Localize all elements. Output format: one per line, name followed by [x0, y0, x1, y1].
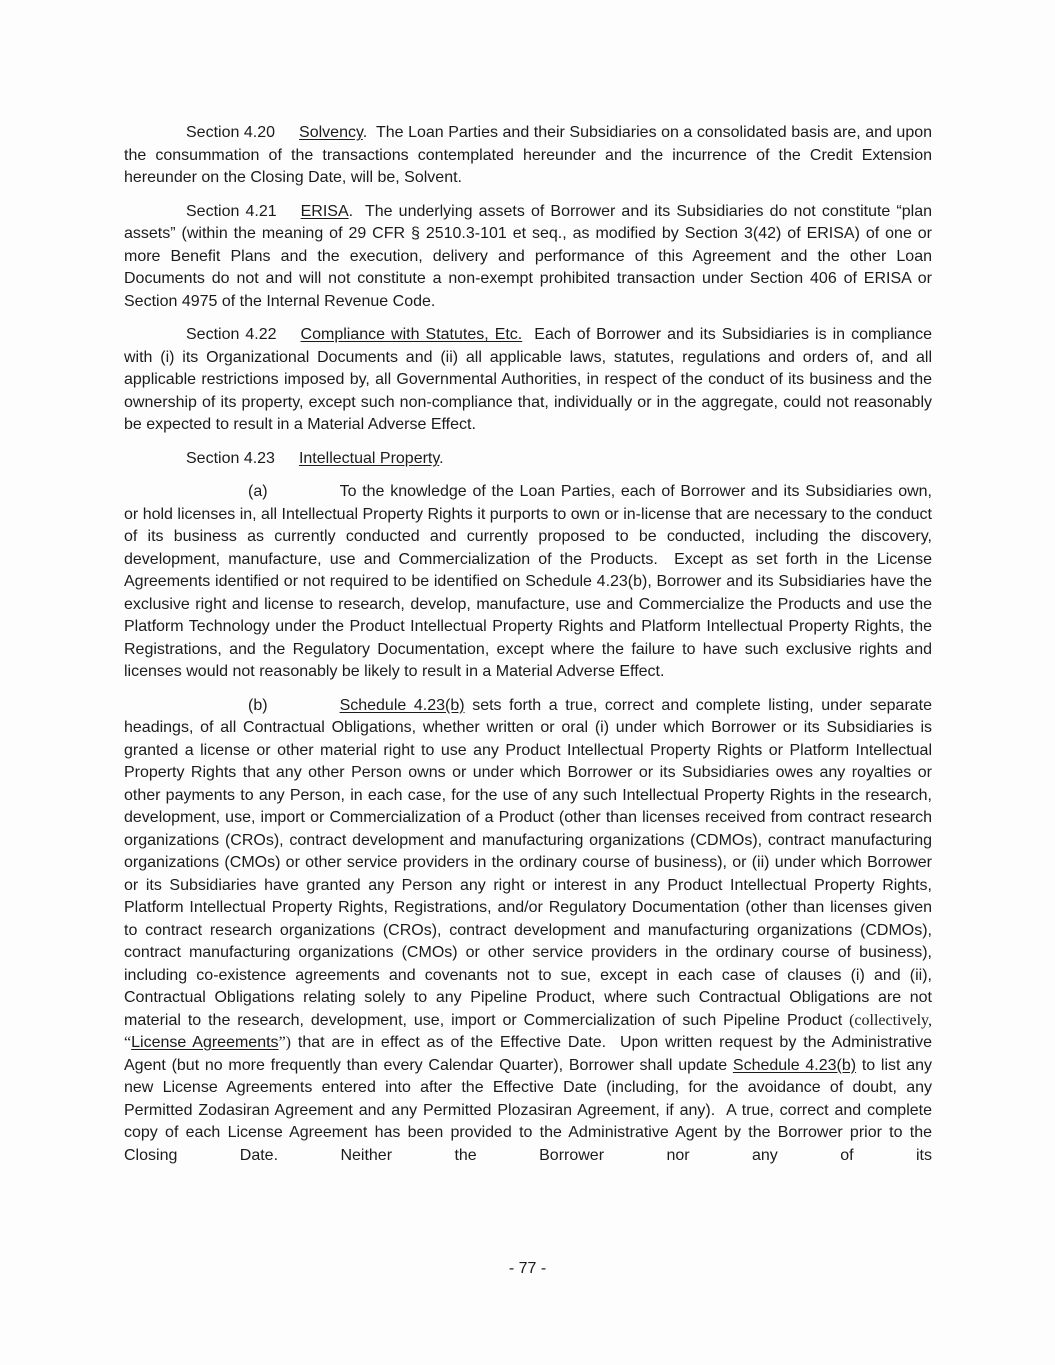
section-4-23-title: Intellectual Property — [299, 450, 439, 467]
schedule-4-23b-reference: Schedule 4.23(b) — [733, 1057, 856, 1074]
collectively-close-text: ”) — [279, 1034, 291, 1051]
section-4-22-paragraph: Section 4.22Compliance with Statutes, Et… — [124, 324, 932, 437]
document-body: Section 4.20Solvency. The Loan Parties a… — [0, 0, 932, 1167]
section-4-20-title: Solvency — [299, 124, 363, 141]
section-4-21-title: ERISA — [301, 203, 349, 220]
subsection-b-label: (b) — [248, 697, 268, 714]
tab-spacer — [277, 215, 301, 216]
section-4-21-number: Section 4.21 — [186, 203, 277, 220]
tab-spacer — [268, 709, 340, 710]
document-page: Section 4.20Solvency. The Loan Parties a… — [0, 0, 1055, 1365]
section-4-22-number: Section 4.22 — [186, 326, 277, 343]
subsection-a-paragraph: (a)To the knowledge of the Loan Parties,… — [124, 481, 932, 684]
subsection-a-body: To the knowledge of the Loan Parties, ea… — [124, 483, 936, 680]
subsection-b-body-part-1: sets forth a true, correct and complete … — [124, 697, 936, 1029]
section-4-23-paragraph: Section 4.23Intellectual Property. — [124, 448, 932, 471]
tab-spacer — [277, 338, 301, 339]
page-number: - 77 - — [0, 1258, 1055, 1281]
tab-spacer — [275, 462, 299, 463]
schedule-4-23b-reference: Schedule 4.23(b) — [340, 697, 465, 714]
section-4-20-paragraph: Section 4.20Solvency. The Loan Parties a… — [124, 122, 932, 190]
section-4-22-title: Compliance with Statutes, Etc. — [301, 326, 523, 343]
subsection-b-paragraph: (b)Schedule 4.23(b) sets forth a true, c… — [124, 695, 932, 1168]
tab-spacer — [275, 136, 299, 137]
tab-spacer — [268, 495, 340, 496]
section-4-23-body: . — [439, 450, 443, 467]
section-4-23-number: Section 4.23 — [186, 450, 275, 467]
license-agreements-defined-term: License Agreements — [131, 1034, 278, 1051]
section-4-20-number: Section 4.20 — [186, 124, 275, 141]
section-4-21-paragraph: Section 4.21ERISA. The underlying assets… — [124, 201, 932, 314]
subsection-a-label: (a) — [248, 483, 268, 500]
